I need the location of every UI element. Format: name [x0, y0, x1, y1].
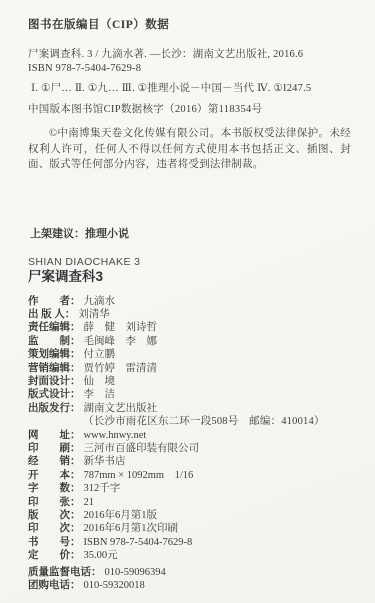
credit-row-word-count: 字 数：312千字 — [28, 482, 351, 495]
credit-label: 作 者： — [28, 296, 81, 307]
credit-row-publisher-person: 出 版 人：刘清华 — [28, 308, 351, 321]
credit-label: 出 版 人： — [28, 309, 75, 320]
credit-row-distributor: 经 销：新华书店 — [28, 455, 351, 468]
credit-value: 付立鹏 — [84, 349, 116, 360]
credit-value: www.hnwy.net — [84, 430, 147, 441]
credit-label: 定 价： — [28, 550, 81, 561]
credit-label: 字 数： — [28, 483, 81, 494]
credit-value: 787mm × 1092mm 1/16 — [84, 470, 194, 481]
credit-value: 九滴水 — [84, 296, 116, 307]
credit-label: 版 次： — [28, 510, 81, 521]
credit-value: 贾竹婷 雷清清 — [84, 363, 158, 374]
phone-label: 质量监督电话： — [28, 567, 102, 578]
credit-row-sheets: 印 张：21 — [28, 496, 351, 509]
credit-value: 312千字 — [84, 483, 121, 494]
book-copyright-page: 图书在版编目（CIP）数据 尸案调查科. 3 / 九滴水著. —长沙：湖南文艺出… — [0, 0, 375, 603]
phone-value: 010-59096394 — [105, 567, 166, 578]
credit-label: 开 本： — [28, 470, 81, 481]
credit-row-format: 开 本：787mm × 1092mm 1/16 — [28, 469, 351, 482]
credit-row-publisher: 出版发行：湖南文艺出版社 — [28, 402, 351, 415]
credit-label: 印 张： — [28, 497, 81, 508]
group-purchase-hotline-row: 团购电话：010-59320018 — [28, 579, 351, 593]
quality-hotline-row: 质量监督电话：010-59096394 — [28, 566, 351, 580]
credit-value: 21 — [84, 497, 95, 508]
cip-title-statement: 尸案调查科. 3 / 九滴水著. —长沙：湖南文艺出版社, 2016.6 — [28, 48, 351, 62]
credit-value: 李 洁 — [84, 389, 116, 400]
credit-label: 监 制： — [28, 336, 81, 347]
credit-value: 毛闽峰 李 娜 — [84, 336, 158, 347]
credit-value: 仙 境 — [84, 376, 116, 387]
credit-value: 薛 健 刘诗哲 — [84, 322, 158, 333]
credit-row-book-number: 书 号：ISBN 978-7-5404-7629-8 — [28, 536, 351, 549]
copyright-notice: ©中南博集天卷文化传媒有限公司。本书版权受法律保护。未经权利人许可，任何人不得以… — [28, 126, 351, 173]
credit-row-cover-design: 封面设计：仙 境 — [28, 375, 351, 388]
credit-value: 新华书店 — [84, 456, 126, 467]
credit-value: ISBN 978-7-5404-7629-8 — [84, 537, 193, 548]
credit-value: 刘清华 — [78, 309, 110, 320]
credits-list: 作 者：九滴水 出 版 人：刘清华 责任编辑：薛 健 刘诗哲 监 制：毛闽峰 李… — [28, 295, 351, 563]
credit-label: 策划编辑： — [28, 349, 81, 360]
cip-isbn: ISBN 978-7-5404-7629-8 — [28, 62, 351, 76]
credit-row-website: 网 址：www.hnwy.net — [28, 429, 351, 442]
cip-heading: 图书在版编目（CIP）数据 — [28, 18, 351, 32]
phone-list: 质量监督电话：010-59096394 团购电话：010-59320018 — [28, 566, 351, 593]
credit-value: 35.00元 — [84, 550, 118, 561]
credit-label: 网 址： — [28, 430, 81, 441]
credit-label: 经 销： — [28, 456, 81, 467]
credit-row-responsible-editor: 责任编辑：薛 健 刘诗哲 — [28, 321, 351, 334]
book-title-pinyin: SHIAN DIAOCHAKE 3 — [28, 256, 351, 269]
credit-label: 印 刷： — [28, 443, 81, 454]
credit-row-price: 定 价：35.00元 — [28, 549, 351, 562]
cip-classification: Ⅰ. ①尸… Ⅱ. ①九… Ⅲ. ①推理小说－中国－当代 Ⅳ. ①I247.5 — [28, 82, 351, 96]
phone-value: 010-59320018 — [84, 580, 145, 591]
cip-record-block: 尸案调查科. 3 / 九滴水著. —长沙：湖南文艺出版社, 2016.6 ISB… — [28, 48, 351, 76]
credit-label: 责任编辑： — [28, 322, 81, 333]
credit-label: 营销编辑： — [28, 363, 81, 374]
phone-label: 团购电话： — [28, 580, 81, 591]
credit-label: 封面设计： — [28, 376, 81, 387]
book-title-cn: 尸案调查科3 — [28, 269, 351, 284]
credit-row-supervisor: 监 制：毛闽峰 李 娜 — [28, 335, 351, 348]
credit-row-planning-editor: 策划编辑：付立鹏 — [28, 348, 351, 361]
credit-value: 三河市百盛印装有限公司 — [84, 443, 200, 454]
credit-row-edition: 版 次：2016年6月第1版 — [28, 509, 351, 522]
credit-label: 出版发行： — [28, 403, 81, 414]
cip-record-number: 中国版本图书馆CIP数据核字（2016）第118354号 — [28, 103, 351, 117]
credit-row-author: 作 者：九滴水 — [28, 295, 351, 308]
credit-value: 2016年6月第1版 — [84, 510, 158, 521]
credit-label: 印 次： — [28, 523, 81, 534]
credit-value: 2016年6月第1次印刷 — [84, 523, 179, 534]
credit-row-layout-design: 版式设计：李 洁 — [28, 388, 351, 401]
credit-label: 书 号： — [28, 537, 81, 548]
credit-value: 湖南文艺出版社 — [84, 403, 158, 414]
credit-row-impression: 印 次：2016年6月第1次印刷 — [28, 522, 351, 535]
credit-label: 版式设计： — [28, 389, 81, 400]
credit-row-marketing-editor: 营销编辑：贾竹婷 雷清清 — [28, 362, 351, 375]
credit-row-printer: 印 刷：三河市百盛印装有限公司 — [28, 442, 351, 455]
publisher-address: （长沙市雨花区东二环一段508号 邮编：410014） — [28, 415, 351, 428]
shelf-suggestion: 上架建议：推理小说 — [28, 227, 351, 241]
